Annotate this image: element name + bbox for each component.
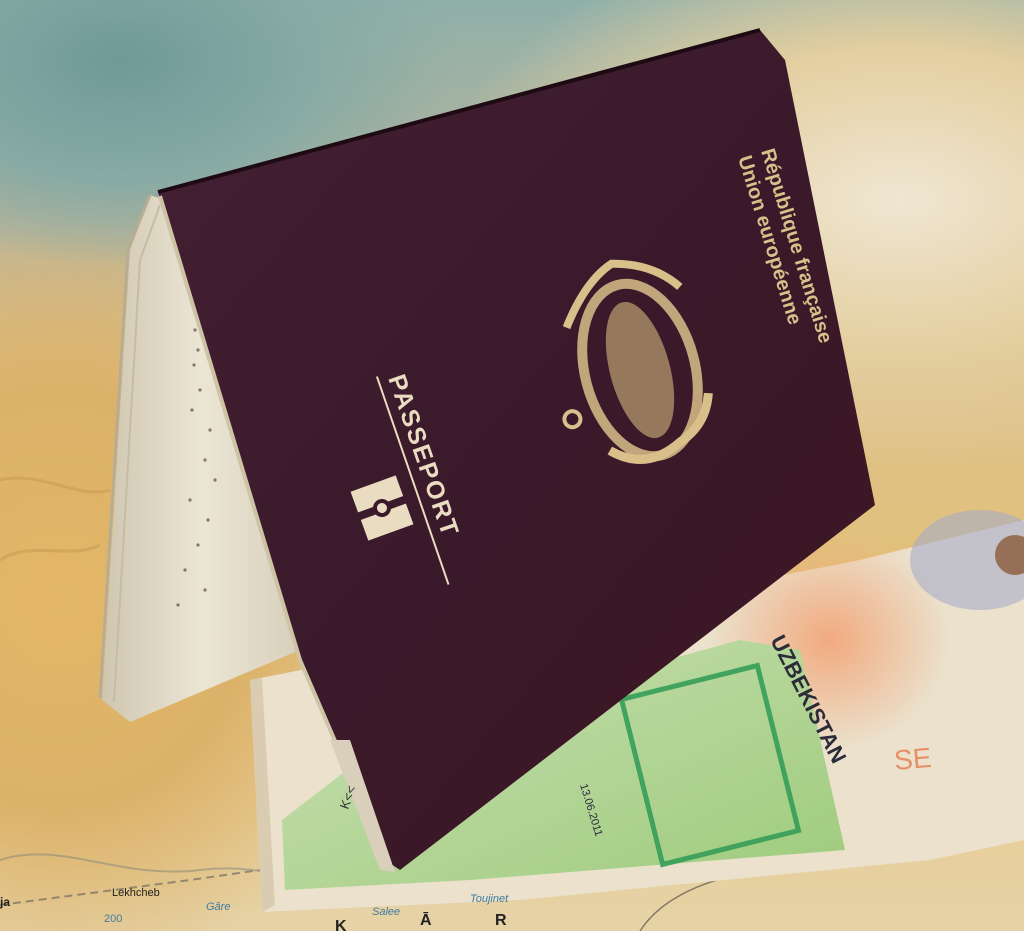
map-label-toujinet: Toujinet — [470, 893, 509, 905]
map-label-a: Ā — [420, 910, 432, 929]
stamp-partial-text: SE — [893, 742, 933, 776]
map-label-salee: Salee — [372, 906, 400, 918]
map-label-gare: Gâre — [206, 901, 230, 913]
map-label-200: 200 — [104, 913, 122, 925]
map-label-r: R — [495, 912, 507, 929]
map-label-k: K — [335, 918, 347, 931]
photo-scene: PASSEPORT Union européenne République fr… — [0, 0, 1024, 931]
map-label-ja: ja — [0, 895, 10, 909]
map-label-lekhcheb: Lekhcheb — [112, 887, 160, 899]
passport-photo: PASSEPORT Union européenne République fr… — [0, 0, 1024, 931]
